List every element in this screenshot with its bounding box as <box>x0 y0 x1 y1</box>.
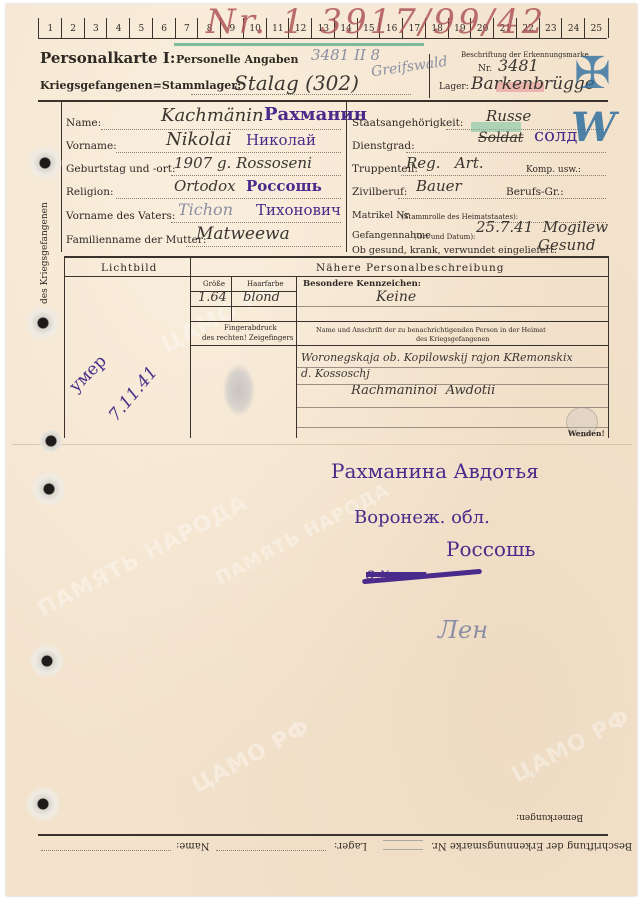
staats-label: Staatsangehörigkeit: <box>352 117 463 129</box>
punch-hole <box>32 472 66 506</box>
camp-extra: Greifswald <box>370 54 448 81</box>
cross-stamp-icon: ✠ <box>574 52 611 96</box>
name-value: Kachmänin <box>161 105 264 126</box>
footer-lager: Lager: <box>334 840 367 851</box>
footer-name: Name: <box>176 840 209 851</box>
prisoner-card: ЦАМО РФ ПАМЯТЬ НАРОДА ЦАМО РФ ЦАМО РФ ПА… <box>6 4 637 896</box>
contact-label-1: Name und Anschrift der zu benachrichtige… <box>316 326 546 334</box>
fingerprint <box>223 364 255 416</box>
footer-tag: Beschriftung der Erkennungsmarke Nr. <box>431 840 632 851</box>
gefangen-sub: (Ort und Datum): <box>414 233 475 241</box>
contact-line-3: Rachmaninoi Awdotii <box>351 383 495 398</box>
signature: Лен <box>438 616 488 644</box>
strip-cell: 2 <box>61 18 85 38</box>
hair-value: blond <box>243 290 280 305</box>
strip-cell: 3 <box>84 18 108 38</box>
religion-label: Religion: <box>66 186 114 198</box>
wenden-label: Wenden! <box>568 429 605 438</box>
fold-line <box>12 444 632 445</box>
section-title: Nähere Personalbeschreibung <box>316 262 504 274</box>
strip-cell: 24 <box>561 18 585 38</box>
contact-line-2: d. Kossoschj <box>301 367 370 380</box>
watermark: ЦАМО РФ <box>508 705 635 788</box>
note-line-2: Воронеж. обл. <box>354 507 490 528</box>
vorname-value: Nikolai <box>166 129 232 150</box>
vater-cyrillic: Тихонович <box>256 201 341 219</box>
finger-label-1: Fingerabdruck <box>224 324 277 332</box>
truppe-value: Reg. Art. <box>406 154 484 172</box>
watermark: ПАМЯТЬ НАРОДА <box>34 491 252 623</box>
birth-label: Geburtstag und -ort: <box>66 163 175 175</box>
vater-value: Tichon <box>178 200 233 219</box>
gefangen-value: 25.7.41 Mogilew <box>476 218 608 236</box>
photo-note-date: 7.11.41 <box>105 363 162 426</box>
strip-cell: 6 <box>152 18 176 38</box>
card-title: Personalkarte I: <box>40 49 175 67</box>
berufs-label: Berufs-Gr.: <box>506 186 564 198</box>
marks-label: Besondere Kennzeichen: <box>303 279 421 289</box>
strip-cell: 7 <box>175 18 199 38</box>
vorname-cyrillic: Николай <box>246 131 316 149</box>
finger-label-2: des rechten! Zeigefingers <box>202 334 293 342</box>
punch-hole <box>40 430 62 452</box>
hair-label: Haarfarbe <box>247 280 284 288</box>
tag-nr-value: 3481 <box>498 56 539 75</box>
punch-hole <box>26 787 60 821</box>
blue-mark: W <box>571 104 616 151</box>
remarks-label: Bemerkungen: <box>516 812 583 822</box>
punch-hole <box>30 644 64 678</box>
marks-value: Keine <box>376 289 416 305</box>
strip-cell: 1 <box>38 18 62 38</box>
tag-lager-label: Lager: <box>439 82 469 92</box>
zivil-value: Bauer <box>416 177 462 195</box>
camp-label: Kriegsgefangenen=Stammlager: <box>40 79 241 92</box>
komp-label: Komp. usw.: <box>526 165 581 175</box>
gesund-value: Gesund <box>538 236 595 254</box>
contact-line-1: Woronegskaja ob. Kopilowskij rajon KRemo… <box>301 351 573 364</box>
photo-label: Lichtbild <box>101 262 157 274</box>
punch-hole <box>28 146 62 180</box>
dienst-label: Dienstgrad: <box>352 140 415 152</box>
strip-cell: 25 <box>584 18 609 38</box>
dienst-value-struck: Soldat <box>478 130 523 146</box>
religion-value: Ortodox <box>174 177 236 195</box>
watermark: ЦАМО РФ <box>188 715 315 798</box>
punch-hole <box>26 306 60 340</box>
note-line-3: Россошь <box>446 537 535 561</box>
birth-cyrillic: Россошь <box>246 177 322 195</box>
birth-value: 1907 g. Rossoseni <box>174 154 312 172</box>
mutter-label: Familienname der Mutter: <box>66 234 206 246</box>
vorname-label: Vorname: <box>66 140 117 152</box>
zivil-label: Zivilberuf: <box>352 186 407 198</box>
camp-value: Stalag (302) <box>234 71 359 95</box>
strip-cell: 5 <box>129 18 153 38</box>
name-label: Name: <box>66 117 101 129</box>
height-value: 1.64 <box>198 290 227 305</box>
handwritten-card-number: Nr. 1 3917/99/42 <box>206 2 546 42</box>
gesund-label: Ob gesund, krank, verwundet eingeliefert… <box>352 245 557 256</box>
height-label: Größe <box>203 280 225 288</box>
mutter-value: Matweewa <box>196 224 290 244</box>
card-subtitle: Personelle Angaben <box>176 53 299 66</box>
vater-label: Vorname des Vaters: <box>66 210 175 222</box>
pencil-note: 3481 II 8 <box>311 46 380 64</box>
tag-nr-label: Nr. <box>478 64 492 74</box>
side-text: des Kriegsgefangenen <box>40 202 50 304</box>
green-underline <box>174 43 424 46</box>
contact-label-2: des Kriegsgefangenen <box>416 335 490 343</box>
strip-cell: 4 <box>106 18 130 38</box>
photo-note-death: умер <box>65 351 110 396</box>
note-line-1: Рахманина Авдотья <box>331 459 539 483</box>
